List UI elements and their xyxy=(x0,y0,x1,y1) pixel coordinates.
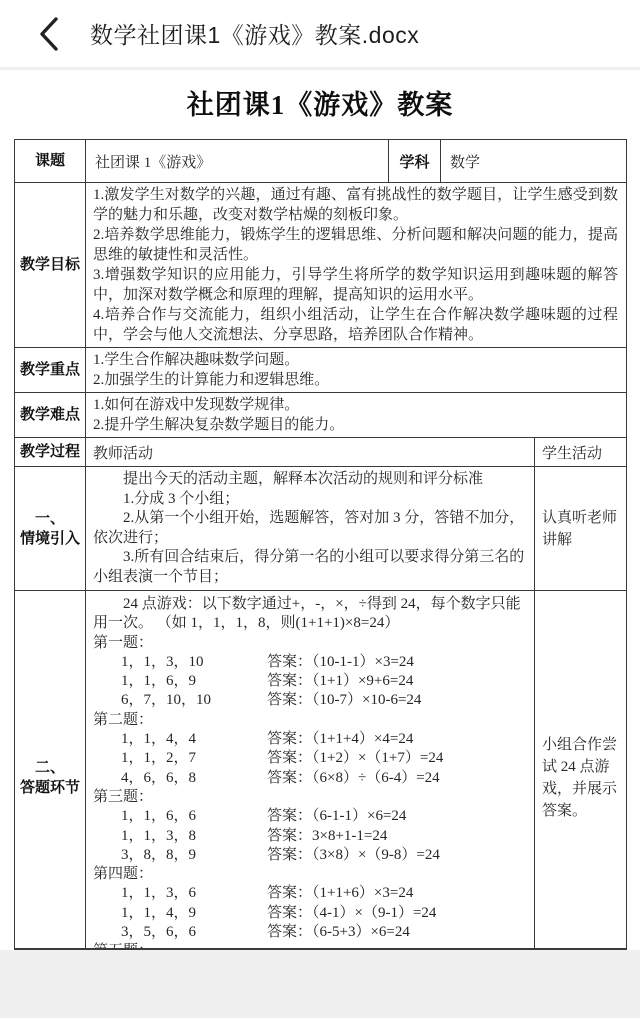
topic-value: 社团课 1《游戏》 xyxy=(85,140,388,182)
goal-item: 2.培养数学思维能力，锻炼学生的逻辑思维、分析问题和解决问题的能力，提高思维的敏… xyxy=(93,225,618,265)
problem-numbers: 4，6，6，8 xyxy=(121,769,267,788)
page-gap xyxy=(0,950,640,1018)
lesson-plan-table: 课题 社团课 1《游戏》 学科 数学 教学目标 1.激发学生对数学的兴趣，通过有… xyxy=(14,139,627,950)
section2-number: 二、 xyxy=(35,758,65,778)
section2-name: 答题环节 xyxy=(20,778,80,798)
table-row-topic: 课题 社团课 1《游戏》 学科 数学 xyxy=(15,140,626,182)
subject-label: 学科 xyxy=(388,140,440,182)
table-row-difficulties: 教学难点 1.如何在游戏中发现数学规律。 2.提升学生解决复杂数学题目的能力。 xyxy=(15,392,626,437)
game-intro: 24 点游戏：以下数字通过+，-，×，÷得到 24，每个数字只能用一次。 （如 … xyxy=(93,595,526,634)
problem-title: 第二题： xyxy=(93,711,526,730)
problem-item: 1，1，3，10答案：（10-1-1）×3=24 xyxy=(93,653,526,672)
student-activity-header: 学生活动 xyxy=(534,438,626,466)
section1-name: 情境引入 xyxy=(20,529,80,549)
paragraph: 1.分成 3 个小组； xyxy=(93,490,526,510)
key-points-content: 1.学生合作解决趣味数学问题。 2.加强学生的计算能力和逻辑思维。 xyxy=(85,348,626,392)
problem-numbers: 1，1，6，6 xyxy=(121,807,267,826)
table-row-key-points: 教学重点 1.学生合作解决趣味数学问题。 2.加强学生的计算能力和逻辑思维。 xyxy=(15,347,626,392)
key-points-label: 教学重点 xyxy=(15,348,85,392)
problem-answer: 答案：（3×8）×（9-8）=24 xyxy=(267,847,440,863)
problem-item: 1，1，2，7答案：（1+2）×（1+7）=24 xyxy=(93,749,526,768)
back-button[interactable] xyxy=(38,14,68,54)
difficulties-content: 1.如何在游戏中发现数学规律。 2.提升学生解决复杂数学题目的能力。 xyxy=(85,393,626,437)
page-cut-border xyxy=(14,948,627,950)
section1-teacher-activity: 提出今天的活动主题，解释本次活动的规则和评分标准 1.分成 3 个小组； 2.从… xyxy=(85,467,534,590)
table-row-process-header: 教学过程 教师活动 学生活动 xyxy=(15,437,626,466)
goals-label: 教学目标 xyxy=(15,183,85,347)
problem-numbers: 1，1，3，6 xyxy=(121,884,267,903)
problem-item: 1，1，4，4答案：（1+1+4）×4=24 xyxy=(93,730,526,749)
subject-value: 数学 xyxy=(440,140,626,182)
paragraph: 提出今天的活动主题，解释本次活动的规则和评分标准 xyxy=(93,470,526,490)
section2-teacher-activity: 24 点游戏：以下数字通过+，-，×，÷得到 24，每个数字只能用一次。 （如 … xyxy=(85,591,534,950)
section1-label: 一、 情境引入 xyxy=(15,467,85,590)
topic-label: 课题 xyxy=(15,140,85,182)
table-row-section1: 一、 情境引入 提出今天的活动主题，解释本次活动的规则和评分标准 1.分成 3 … xyxy=(15,466,626,590)
problem-item: 4，6，6，8答案：（6×8）÷（6-4）=24 xyxy=(93,769,526,788)
problem-item: 3，5，6，6答案：（6-5+3）×6=24 xyxy=(93,923,526,942)
problem-answer: 答案：3×8+1-1=24 xyxy=(267,828,387,844)
problem-answer: 答案：（1+1）×9+6=24 xyxy=(267,673,413,689)
problem-title: 第一题： xyxy=(93,634,526,653)
section1-student-activity: 认真听老师讲解 xyxy=(534,467,626,590)
paragraph: 3.所有回合结束后，得分第一名的小组可以要求得分第三名的小组表演一个节目； xyxy=(93,548,526,587)
problem-item: 1，1，3，6答案：（1+1+6）×3=24 xyxy=(93,884,526,903)
table-row-section2: 二、 答题环节 24 点游戏：以下数字通过+，-，×，÷得到 24，每个数字只能… xyxy=(15,590,626,950)
difficulty-item: 2.提升学生解决复杂数学题目的能力。 xyxy=(93,415,618,435)
problem-item: 1，1，4，9答案：（4-1）×（9-1）=24 xyxy=(93,904,526,923)
goal-item: 1.激发学生对数学的兴趣，通过有趣、富有挑战性的数学题目，让学生感受到数学的魅力… xyxy=(93,185,618,225)
problem-answer: 答案：（6×8）÷（6-4）=24 xyxy=(267,770,440,786)
chevron-left-icon xyxy=(38,16,59,52)
problem-item: 1，1，6，6答案：（6-1-1）×6=24 xyxy=(93,807,526,826)
problem-answer: 答案：（10-7）×10-6=24 xyxy=(267,692,421,708)
problem-numbers: 3，5，6，6 xyxy=(121,923,267,942)
problem-title: 第四题： xyxy=(93,865,526,884)
problem-answer: 答案：（4-1）×（9-1）=24 xyxy=(267,905,436,921)
difficulty-item: 1.如何在游戏中发现数学规律。 xyxy=(93,395,618,415)
problem-answer: 答案：（6-5+3）×6=24 xyxy=(267,924,410,940)
section2-student-activity: 小组合作尝试 24 点游戏，并展示答案。 xyxy=(534,591,626,950)
problem-answer: 答案：（1+1+4）×4=24 xyxy=(267,731,413,747)
problem-numbers: 1，1，6，9 xyxy=(121,672,267,691)
problem-answer: 答案：（1+2）×（1+7）=24 xyxy=(267,750,443,766)
problem-answer: 答案：（6-1-1）×6=24 xyxy=(267,808,406,824)
problem-numbers: 6，7，10，10 xyxy=(121,691,267,710)
difficulties-label: 教学难点 xyxy=(15,393,85,437)
app-header: 数学社团课1《游戏》教案.docx xyxy=(0,0,640,70)
goal-item: 3.增强数学知识的应用能力，引导学生将所学的数学知识运用到趣味题的解答中，加深对… xyxy=(93,265,618,305)
table-row-goals: 教学目标 1.激发学生对数学的兴趣，通过有趣、富有挑战性的数学题目，让学生感受到… xyxy=(15,182,626,347)
problem-numbers: 1，1，4，4 xyxy=(121,730,267,749)
process-label: 教学过程 xyxy=(15,438,85,466)
problem-numbers: 1，1，3，10 xyxy=(121,653,267,672)
student-activity-text: 认真听老师讲解 xyxy=(542,507,619,551)
problem-item: 6，7，10，10答案：（10-7）×10-6=24 xyxy=(93,691,526,710)
problem-answer: 答案：（1+1+6）×3=24 xyxy=(267,885,413,901)
problem-item: 1，1，6，9答案：（1+1）×9+6=24 xyxy=(93,672,526,691)
file-title: 数学社团课1《游戏》教案.docx xyxy=(90,17,419,50)
problem-numbers: 1，1，2，7 xyxy=(121,749,267,768)
document-page: 社团课1《游戏》教案 课题 社团课 1《游戏》 学科 数学 教学目标 1.激发学… xyxy=(0,70,640,950)
problem-item: 3，8，8，9答案：（3×8）×（9-8）=24 xyxy=(93,846,526,865)
paragraph: 2.从第一个小组开始，选题解答，答对加 3 分，答错不加分，依次进行； xyxy=(93,509,526,548)
document-title: 社团课1《游戏》教案 xyxy=(0,70,640,139)
goals-content: 1.激发学生对数学的兴趣，通过有趣、富有挑战性的数学题目，让学生感受到数学的魅力… xyxy=(85,183,626,347)
problem-numbers: 1，1，3，8 xyxy=(121,827,267,846)
section2-label: 二、 答题环节 xyxy=(15,591,85,950)
key-point-item: 1.学生合作解决趣味数学问题。 xyxy=(93,350,618,370)
problem-title: 第三题： xyxy=(93,788,526,807)
section1-number: 一、 xyxy=(35,509,65,529)
teacher-activity-header: 教师活动 xyxy=(85,438,534,466)
problem-item: 1，1，3，8答案：3×8+1-1=24 xyxy=(93,827,526,846)
goal-item: 4.培养合作与交流能力，组织小组活动，让学生在合作解决数学趣味题的过程中，学会与… xyxy=(93,305,618,345)
problem-numbers: 1，1，4，9 xyxy=(121,904,267,923)
problem-answer: 答案：（10-1-1）×3=24 xyxy=(267,654,414,670)
key-point-item: 2.加强学生的计算能力和逻辑思维。 xyxy=(93,370,618,390)
student-activity-text: 小组合作尝试 24 点游戏，并展示答案。 xyxy=(542,734,619,822)
problem-numbers: 3，8，8，9 xyxy=(121,846,267,865)
